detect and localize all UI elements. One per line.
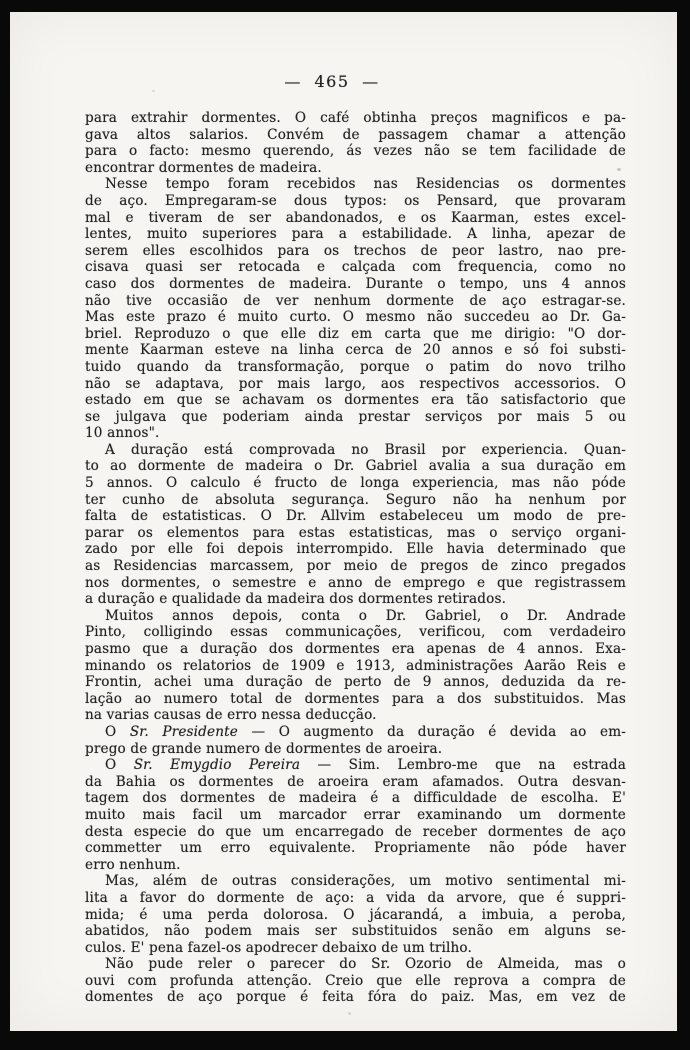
text-line: da Bahia os dormentes de aroeira eram af… [85, 774, 626, 791]
text-line: ter cunho de absoluta segurança. Seguro … [85, 492, 626, 509]
text-line: para extrahir dormentes. O café obtinha … [85, 110, 626, 127]
text-line: caso dos dormentes de madeira. Durante o… [85, 276, 626, 293]
text-line: 5 annos. O calculo é fructo de longa exp… [85, 475, 626, 492]
text-line: pasmo que a duração dos dormentes era ap… [85, 641, 626, 658]
text-line: mida; é uma perda dolorosa. O jácarandá,… [85, 907, 626, 924]
text-line: tuido quando da transformação, porque o … [85, 359, 626, 376]
text-line: Mas este prazo é muito curto. O mesmo nã… [85, 309, 626, 326]
text-line: Pinto, colligindo essas communicações, v… [85, 624, 626, 641]
text-line: não tive occasião de ver nenhum dormente… [85, 293, 626, 310]
text-line: O Sr. Emygdio Pereira — Sim. Lembro-me q… [85, 757, 626, 774]
text-line: nos dormentes, o semestre e anno de empr… [85, 575, 626, 592]
text-line: abatidos, não podem mais ser substituido… [85, 923, 626, 940]
text-line: para o facto: mesmo querendo, ás vezes n… [85, 143, 626, 160]
body-text: para extrahir dormentes. O café obtinha … [85, 110, 626, 1006]
text-line: A duração está comprovada no Brasil por … [85, 442, 626, 459]
text-line: Nesse tempo foram recebidos nas Residenc… [85, 176, 626, 193]
text-line: não se adaptava, por mais largo, aos res… [85, 376, 626, 393]
text-line: muito mais facil um marcador errar exami… [85, 807, 626, 824]
text-line: mal e tiveram de ser abandonados, e os K… [85, 210, 626, 227]
text-line: falta de estatisticas. O Dr. Allvim esta… [85, 508, 626, 525]
scan-speck [152, 90, 155, 92]
text-line: tagem dos dormentes de madeira é a diffi… [85, 790, 626, 807]
text-line: lentes, muito superiores para a estabili… [85, 226, 626, 243]
text-line: gava altos salarios. Convém de passagem … [85, 127, 626, 144]
text-line: Mas, além de outras considerações, um mo… [85, 873, 626, 890]
text-line: erro nenhum. [85, 857, 626, 874]
scan-speck [617, 168, 621, 171]
text-line: mente Kaarman esteve na linha cerca de 2… [85, 342, 626, 359]
document-page: — 465 — para extrahir dormentes. O café … [10, 12, 677, 1031]
text-line: Muitos annos depois, conta o Dr. Gabriel… [85, 608, 626, 625]
text-line: serem elles escolhidos para os trechos d… [85, 243, 626, 260]
text-line: as Residencias marcassem, por meio de pr… [85, 558, 626, 575]
text-line: parar os elementos para estas estatistic… [85, 525, 626, 542]
text-line: de aço. Empregaram-se dous typos: os Pen… [85, 193, 626, 210]
text-line: encontrar dormentes de madeira. [85, 160, 626, 177]
text-line: se julgava que poderiam ainda prestar se… [85, 409, 626, 426]
text-line: prego de grande numero de dormentes de a… [85, 741, 626, 758]
page-number: — 465 — [62, 72, 602, 91]
text-line: Não pude reler o parecer do Sr. Ozorio d… [85, 956, 626, 973]
text-line: O Sr. Presidente — O augmento da duração… [85, 724, 626, 741]
text-line: Frontin, achei uma duração de perto de 9… [85, 674, 626, 691]
text-line: desta especie do que um encarregado de r… [85, 824, 626, 841]
text-line: cisava quasi ser retocada e calçada com … [85, 259, 626, 276]
text-line: lita a favor do dormente de aço: a vida … [85, 890, 626, 907]
text-line: commetter um erro equivalente. Propriame… [85, 840, 626, 857]
text-line: to ao dormente de madeira o Dr. Gabriel … [85, 458, 626, 475]
text-line: briel. Reproduzo o que elle diz em carta… [85, 326, 626, 343]
text-line: culos. E' pena fazel-os apodrecer debaix… [85, 940, 626, 957]
text-line: domentes de aço porque é feita fóra do p… [85, 989, 626, 1006]
text-line: 10 annos". [85, 425, 626, 442]
text-line: minando os relatorios de 1909 e 1913, ad… [85, 658, 626, 675]
text-line: lação ao numero total de dormentes para … [85, 691, 626, 708]
scan-speck [348, 1012, 351, 1015]
text-line: estado em que se achavam os dormentes er… [85, 392, 626, 409]
text-line: ouvi com profunda attenção. Creio que el… [85, 973, 626, 990]
text-line: a duração e qualidade da madeira dos dor… [85, 591, 626, 608]
text-line: na varias causas de erro nessa deducção. [85, 707, 626, 724]
text-line: zado por elle foi depois interrompido. E… [85, 541, 626, 558]
